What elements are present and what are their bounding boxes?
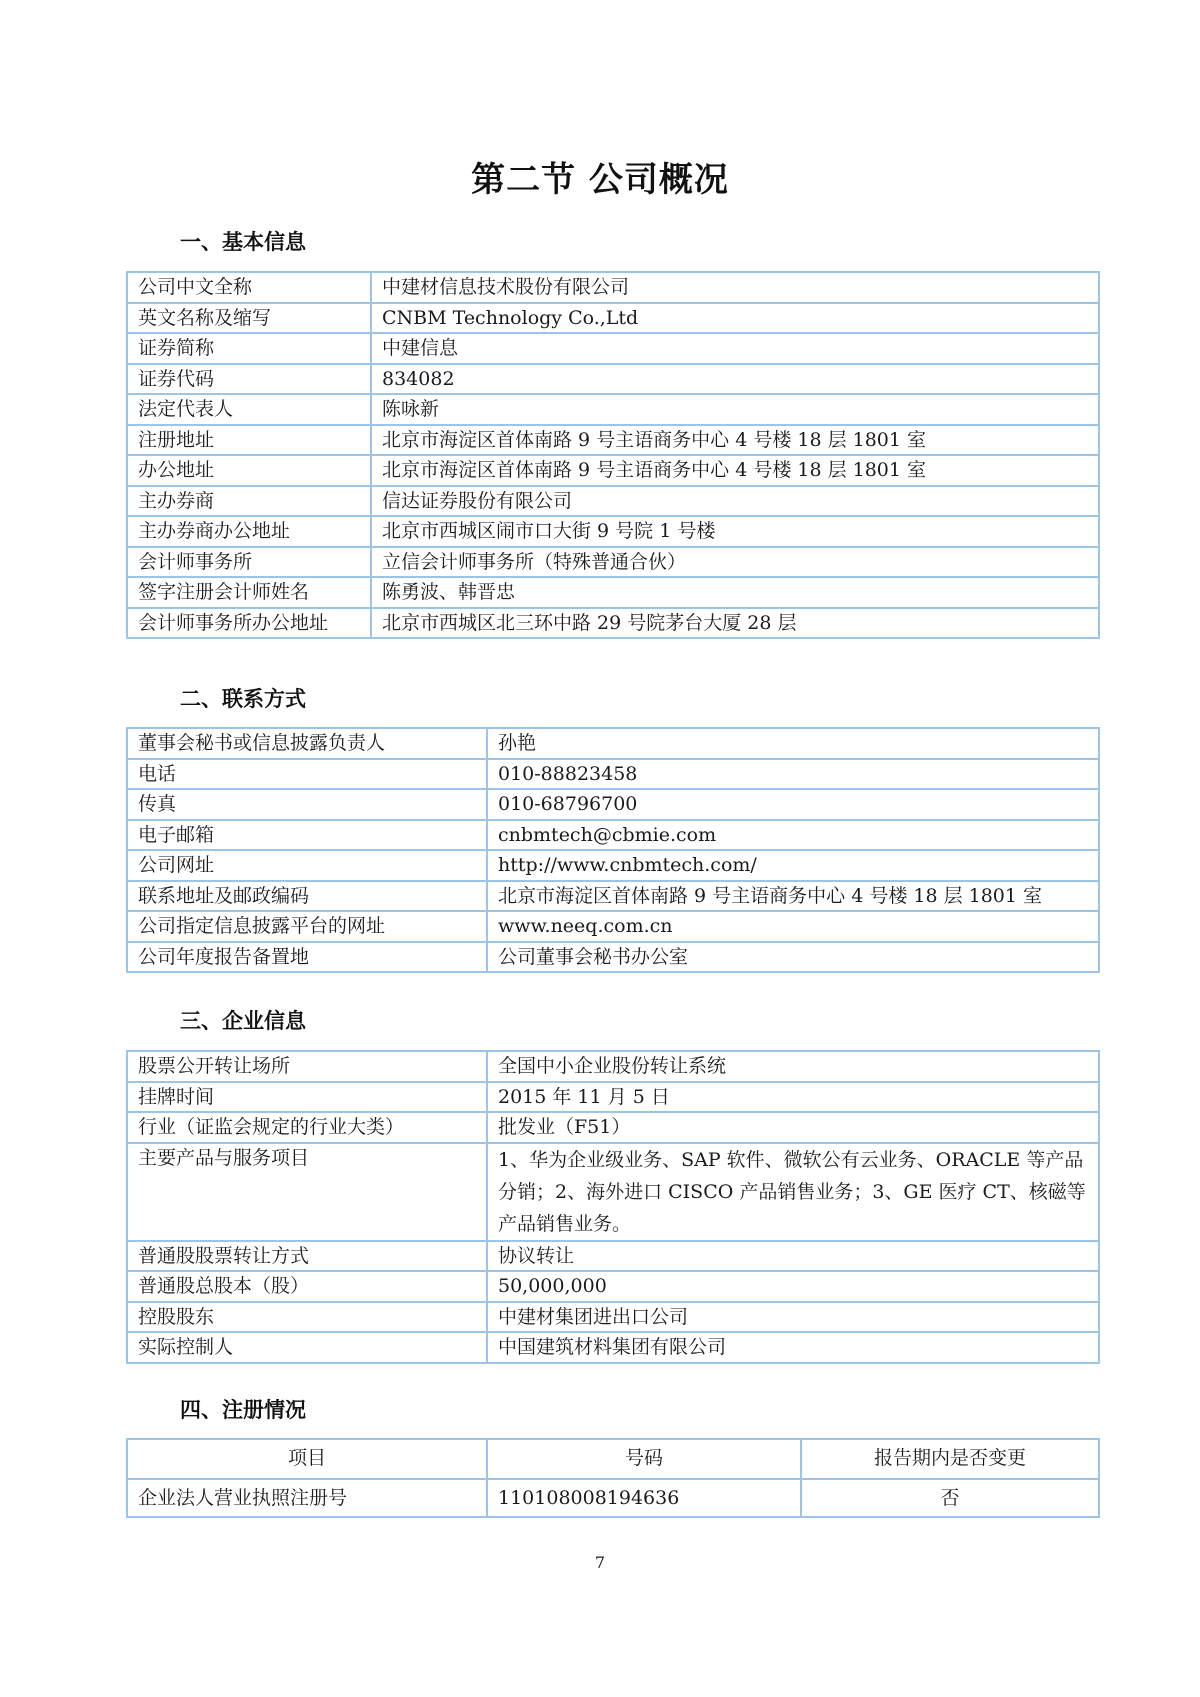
row-label: 办公地址 bbox=[127, 455, 371, 486]
row-value: 北京市海淀区首体南路 9 号主语商务中心 4 号楼 18 层 1801 室 bbox=[371, 425, 1099, 456]
row-value: 010-68796700 bbox=[487, 789, 1099, 820]
row-label: 主要产品与服务项目 bbox=[127, 1143, 487, 1241]
table-row: 董事会秘书或信息披露负责人孙艳 bbox=[127, 728, 1099, 759]
row-label: 公司指定信息披露平台的网址 bbox=[127, 911, 487, 942]
table-row: 公司中文全称中建材信息技术股份有限公司 bbox=[127, 272, 1099, 303]
row-value: 北京市西城区北三环中路 29 号院茅台大厦 28 层 bbox=[371, 608, 1099, 639]
enterprise-table: 股票公开转让场所全国中小企业股份转让系统 挂牌时间2015 年 11 月 5 日… bbox=[126, 1050, 1100, 1364]
row-label: 电话 bbox=[127, 759, 487, 790]
table-row: 注册地址北京市海淀区首体南路 9 号主语商务中心 4 号楼 18 层 1801 … bbox=[127, 425, 1099, 456]
row-value: 陈咏新 bbox=[371, 394, 1099, 425]
row-value: 公司董事会秘书办公室 bbox=[487, 942, 1099, 973]
section-heading-enterprise: 三、企业信息 bbox=[180, 1005, 306, 1035]
row-label: 股票公开转让场所 bbox=[127, 1051, 487, 1082]
row-label: 挂牌时间 bbox=[127, 1082, 487, 1113]
website-value: http://www.cnbmtech.com/ bbox=[487, 850, 1099, 881]
table-row: 股票公开转让场所全国中小企业股份转让系统 bbox=[127, 1051, 1099, 1082]
table-row: 公司网址http://www.cnbmtech.com/ bbox=[127, 850, 1099, 881]
row-value: www.neeq.com.cn bbox=[487, 911, 1099, 942]
row-label: 主办券商 bbox=[127, 486, 371, 517]
row-value: 全国中小企业股份转让系统 bbox=[487, 1051, 1099, 1082]
row-value: 孙艳 bbox=[487, 728, 1099, 759]
row-value: 010-88823458 bbox=[487, 759, 1099, 790]
row-value: 信达证券股份有限公司 bbox=[371, 486, 1099, 517]
column-header-number: 号码 bbox=[487, 1439, 801, 1479]
table-row: 主办券商信达证券股份有限公司 bbox=[127, 486, 1099, 517]
row-label: 注册地址 bbox=[127, 425, 371, 456]
table-row: 公司指定信息披露平台的网址www.neeq.com.cn bbox=[127, 911, 1099, 942]
table-row: 企业法人营业执照注册号 110108008194636 否 bbox=[127, 1479, 1099, 1517]
row-label: 公司网址 bbox=[127, 850, 487, 881]
row-value: 中建材信息技术股份有限公司 bbox=[371, 272, 1099, 303]
changed-status: 否 bbox=[801, 1479, 1099, 1517]
row-label: 签字注册会计师姓名 bbox=[127, 577, 371, 608]
table-row: 主办券商办公地址北京市西城区闹市口大街 9 号院 1 号楼 bbox=[127, 516, 1099, 547]
row-value: 50,000,000 bbox=[487, 1271, 1099, 1302]
contact-table: 董事会秘书或信息披露负责人孙艳 电话010-88823458 传真010-687… bbox=[126, 727, 1100, 973]
email-value: cnbmtech@cbmie.com bbox=[487, 820, 1099, 851]
row-label: 普通股总股本（股） bbox=[127, 1271, 487, 1302]
basic-info-table: 公司中文全称中建材信息技术股份有限公司 英文名称及缩写CNBM Technolo… bbox=[126, 271, 1100, 639]
row-value: 北京市海淀区首体南路 9 号主语商务中心 4 号楼 18 层 1801 室 bbox=[371, 455, 1099, 486]
column-header-item: 项目 bbox=[127, 1439, 487, 1479]
row-label: 普通股股票转让方式 bbox=[127, 1241, 487, 1272]
table-row: 办公地址北京市海淀区首体南路 9 号主语商务中心 4 号楼 18 层 1801 … bbox=[127, 455, 1099, 486]
table-row: 传真010-68796700 bbox=[127, 789, 1099, 820]
section-heading-basic-info: 一、基本信息 bbox=[180, 226, 306, 256]
table-row: 普通股股票转让方式协议转让 bbox=[127, 1241, 1099, 1272]
table-row: 电子邮箱cnbmtech@cbmie.com bbox=[127, 820, 1099, 851]
row-label: 实际控制人 bbox=[127, 1332, 487, 1363]
row-label: 证券简称 bbox=[127, 333, 371, 364]
row-label: 法定代表人 bbox=[127, 394, 371, 425]
row-value: 北京市西城区闹市口大街 9 号院 1 号楼 bbox=[371, 516, 1099, 547]
row-value: 立信会计师事务所（特殊普通合伙） bbox=[371, 547, 1099, 578]
page-title: 第二节 公司概况 bbox=[0, 152, 1200, 201]
table-row: 行业（证监会规定的行业大类）批发业（F51） bbox=[127, 1112, 1099, 1143]
row-label: 控股股东 bbox=[127, 1302, 487, 1333]
row-value: 北京市海淀区首体南路 9 号主语商务中心 4 号楼 18 层 1801 室 bbox=[487, 881, 1099, 912]
table-row: 会计师事务所办公地址北京市西城区北三环中路 29 号院茅台大厦 28 层 bbox=[127, 608, 1099, 639]
row-value: 2015 年 11 月 5 日 bbox=[487, 1082, 1099, 1113]
row-value: 中建材集团进出口公司 bbox=[487, 1302, 1099, 1333]
row-value: 中国建筑材料集团有限公司 bbox=[487, 1332, 1099, 1363]
row-value: 834082 bbox=[371, 364, 1099, 395]
row-label: 行业（证监会规定的行业大类） bbox=[127, 1112, 487, 1143]
row-value: CNBM Technology Co.,Ltd bbox=[371, 303, 1099, 334]
table-row: 实际控制人中国建筑材料集团有限公司 bbox=[127, 1332, 1099, 1363]
table-row: 联系地址及邮政编码北京市海淀区首体南路 9 号主语商务中心 4 号楼 18 层 … bbox=[127, 881, 1099, 912]
table-row: 普通股总股本（股）50,000,000 bbox=[127, 1271, 1099, 1302]
table-row: 电话010-88823458 bbox=[127, 759, 1099, 790]
table-row: 公司年度报告备置地公司董事会秘书办公室 bbox=[127, 942, 1099, 973]
table-row: 会计师事务所立信会计师事务所（特殊普通合伙） bbox=[127, 547, 1099, 578]
table-header-row: 项目 号码 报告期内是否变更 bbox=[127, 1439, 1099, 1479]
table-row: 签字注册会计师姓名陈勇波、韩晋忠 bbox=[127, 577, 1099, 608]
row-label: 传真 bbox=[127, 789, 487, 820]
registration-number: 110108008194636 bbox=[487, 1479, 801, 1517]
registration-table: 项目 号码 报告期内是否变更 企业法人营业执照注册号 1101080081946… bbox=[126, 1438, 1100, 1518]
page-number: 7 bbox=[0, 1553, 1200, 1572]
row-label: 英文名称及缩写 bbox=[127, 303, 371, 334]
row-label: 联系地址及邮政编码 bbox=[127, 881, 487, 912]
row-label: 证券代码 bbox=[127, 364, 371, 395]
table-row: 英文名称及缩写CNBM Technology Co.,Ltd bbox=[127, 303, 1099, 334]
table-row: 法定代表人陈咏新 bbox=[127, 394, 1099, 425]
row-label: 董事会秘书或信息披露负责人 bbox=[127, 728, 487, 759]
row-value: 陈勇波、韩晋忠 bbox=[371, 577, 1099, 608]
row-label: 主办券商办公地址 bbox=[127, 516, 371, 547]
table-row: 证券简称中建信息 bbox=[127, 333, 1099, 364]
section-heading-registration: 四、注册情况 bbox=[180, 1394, 306, 1424]
row-value: 1、华为企业级业务、SAP 软件、微软公有云业务、ORACLE 等产品分销；2、… bbox=[487, 1143, 1099, 1241]
table-row: 主要产品与服务项目1、华为企业级业务、SAP 软件、微软公有云业务、ORACLE… bbox=[127, 1143, 1099, 1241]
row-label: 会计师事务所 bbox=[127, 547, 371, 578]
row-value: 中建信息 bbox=[371, 333, 1099, 364]
column-header-changed: 报告期内是否变更 bbox=[801, 1439, 1099, 1479]
table-row: 证券代码834082 bbox=[127, 364, 1099, 395]
table-row: 挂牌时间2015 年 11 月 5 日 bbox=[127, 1082, 1099, 1113]
table-row: 控股股东中建材集团进出口公司 bbox=[127, 1302, 1099, 1333]
row-label: 企业法人营业执照注册号 bbox=[127, 1479, 487, 1517]
row-label: 电子邮箱 bbox=[127, 820, 487, 851]
row-label: 会计师事务所办公地址 bbox=[127, 608, 371, 639]
row-value: 协议转让 bbox=[487, 1241, 1099, 1272]
row-label: 公司中文全称 bbox=[127, 272, 371, 303]
section-heading-contact: 二、联系方式 bbox=[180, 683, 306, 713]
row-value: 批发业（F51） bbox=[487, 1112, 1099, 1143]
row-label: 公司年度报告备置地 bbox=[127, 942, 487, 973]
